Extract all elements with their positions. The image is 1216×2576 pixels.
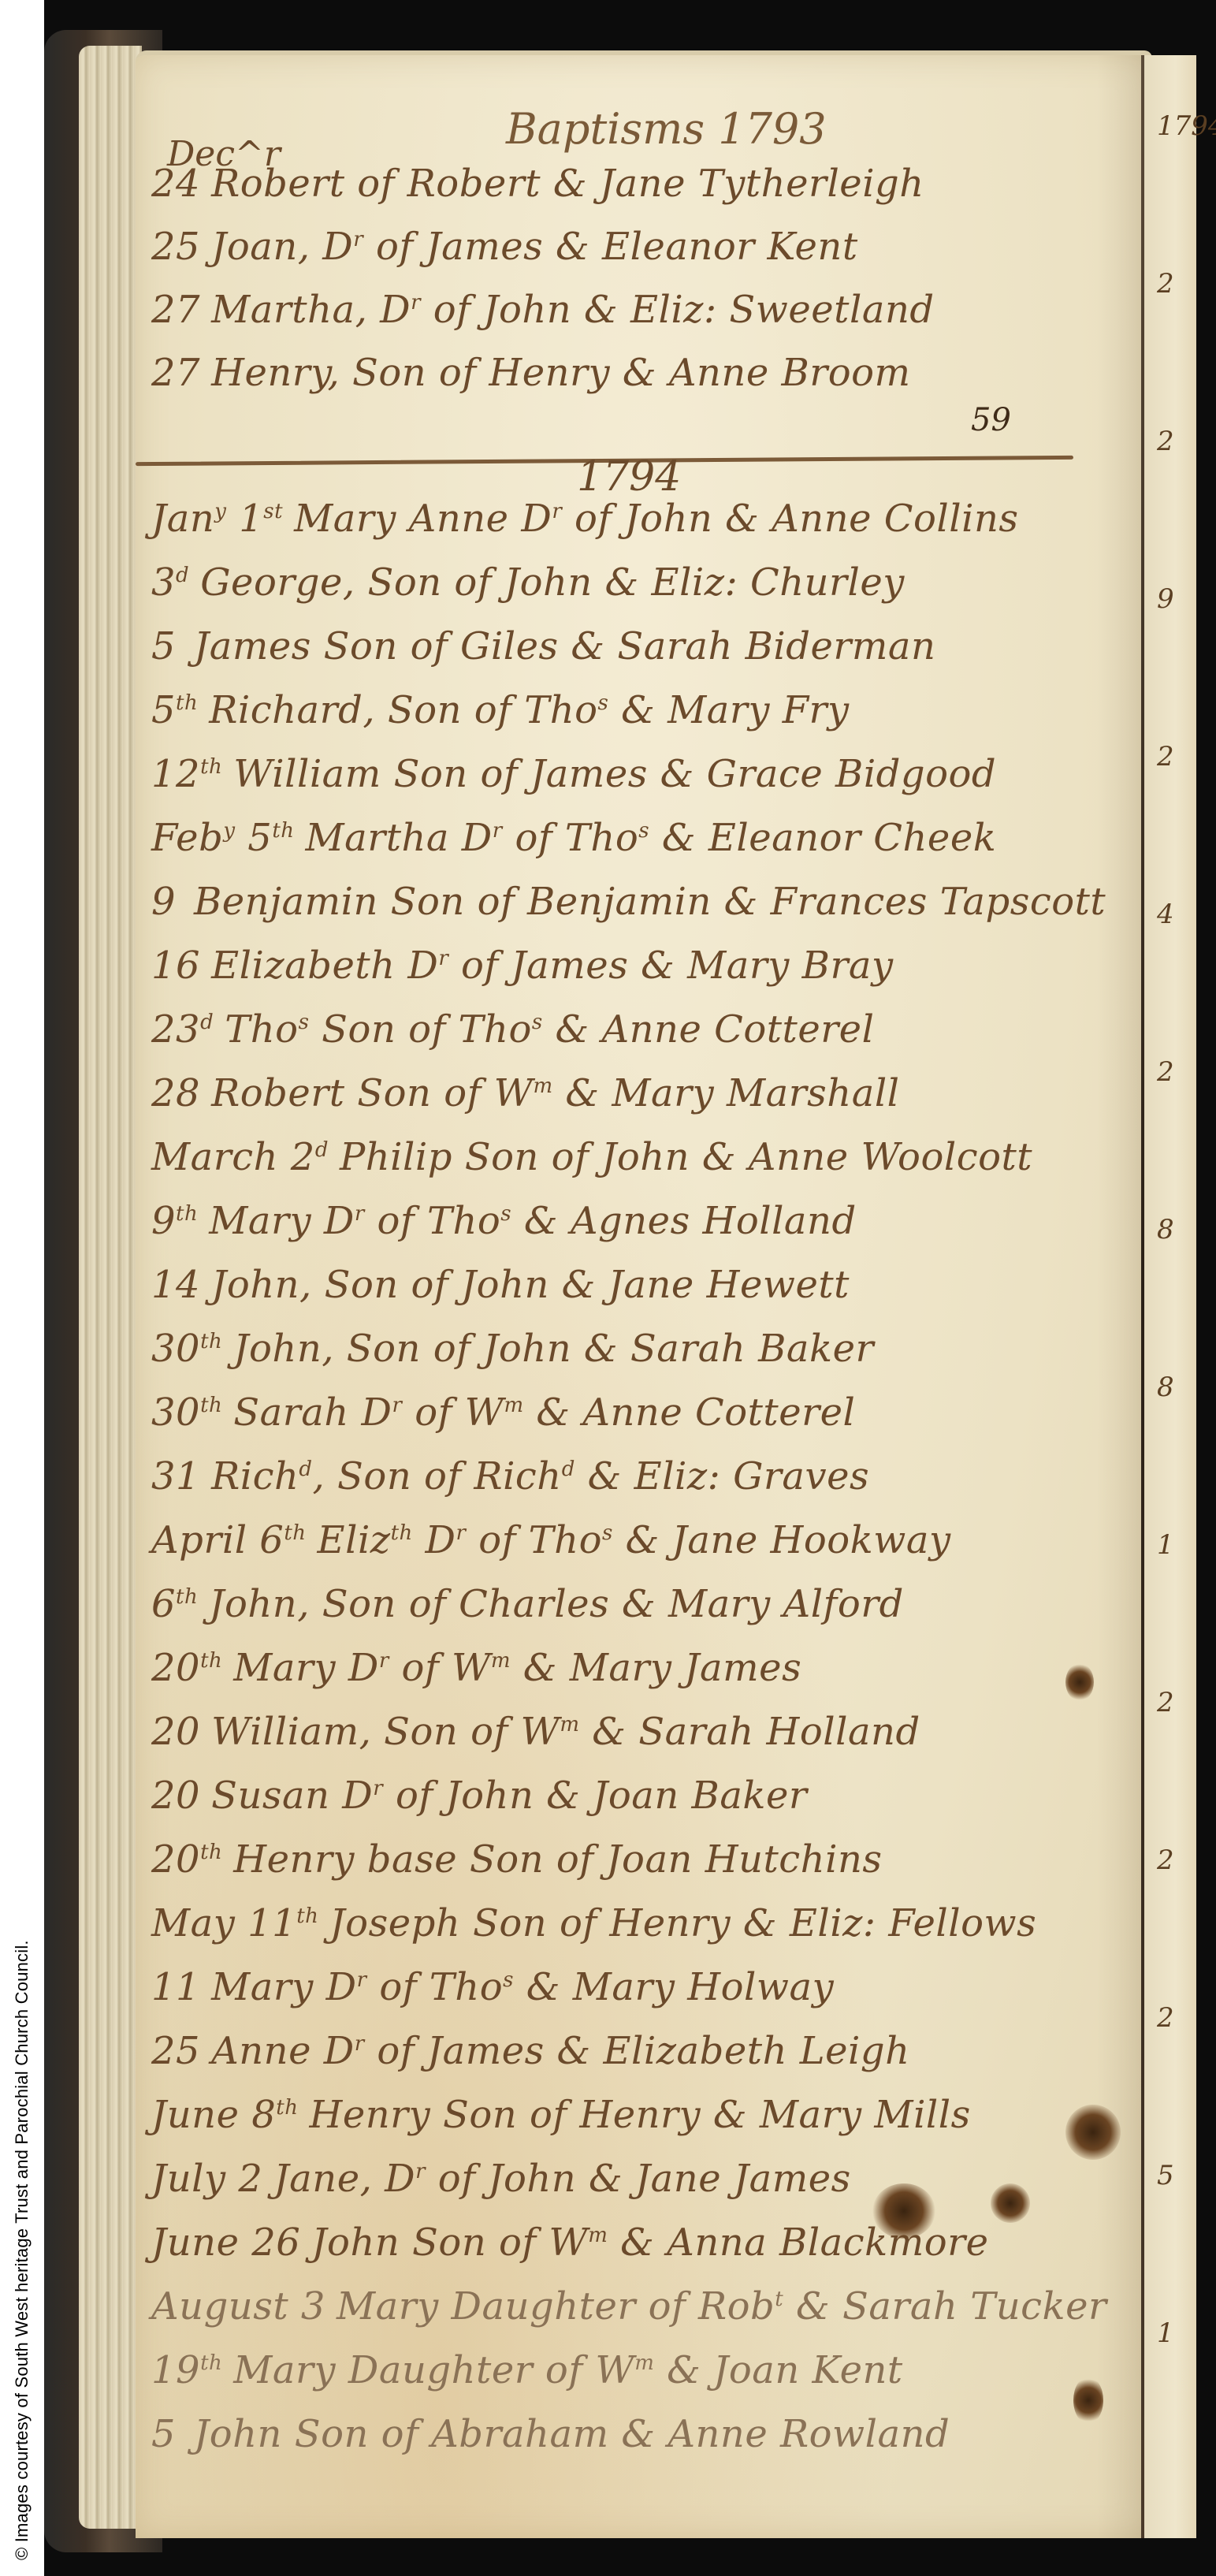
ink-blot bbox=[1073, 2377, 1103, 2424]
entry-text: Martha, Dr of John & Eliz: Sweetland bbox=[211, 288, 935, 332]
entry-text: Elizabeth Dr of James & Mary Bray bbox=[211, 944, 894, 988]
register-entry: 9thMary Dr of Thos & Agnes Holland bbox=[151, 1199, 857, 1243]
register-entry: 5thRichard, Son of Thos & Mary Fry bbox=[151, 688, 850, 732]
entry-text: Henry Son of Henry & Mary Mills bbox=[309, 2093, 970, 2137]
next-page-margin-number: 2 bbox=[1157, 2002, 1174, 2034]
entry-text: John, Son of John & Sarah Baker bbox=[233, 1327, 874, 1371]
entry-date: July 2 bbox=[151, 2157, 262, 2201]
next-page-edge: 179422924288122251 bbox=[1144, 55, 1196, 2538]
entry-date: June 26 bbox=[151, 2220, 300, 2265]
register-entry: August 3Mary Daughter of Robt & Sarah Tu… bbox=[151, 2284, 1106, 2328]
entry-date: Jany 1st bbox=[151, 497, 283, 541]
entry-text: William, Son of Wm & Sarah Holland bbox=[211, 1710, 920, 1754]
register-entry: Feby 5thMartha Dr of Thos & Eleanor Chee… bbox=[151, 816, 996, 860]
next-page-margin-number: 4 bbox=[1157, 899, 1174, 930]
ink-blot bbox=[872, 2183, 935, 2239]
entry-date: 27 bbox=[151, 288, 200, 332]
register-entry: 27Henry, Son of Henry & Anne Broom bbox=[151, 351, 911, 395]
entry-text: Mary Dr of Wm & Mary James bbox=[233, 1646, 801, 1690]
entry-text: Mary Dr of Thos & Agnes Holland bbox=[209, 1199, 856, 1243]
entry-date: 12th bbox=[151, 752, 222, 796]
entry-date: Feby 5th bbox=[151, 816, 295, 860]
page-edges bbox=[79, 46, 142, 2529]
entry-date: 20 bbox=[151, 1710, 200, 1754]
entry-date: 25 bbox=[151, 225, 200, 269]
register-entry: 25Anne Dr of James & Elizabeth Leigh bbox=[151, 2029, 910, 2073]
ink-blot bbox=[1065, 2105, 1121, 2160]
register-entry: 27Martha, Dr of John & Eliz: Sweetland bbox=[151, 288, 935, 332]
next-page-margin-number: 5 bbox=[1157, 2160, 1174, 2191]
register-entry: April 6thElizth Dr of Thos & Jane Hookwa… bbox=[151, 1518, 951, 1562]
register-entry: March 2dPhilip Son of John & Anne Woolco… bbox=[151, 1135, 1032, 1179]
register-entry: 6thJohn, Son of Charles & Mary Alford bbox=[151, 1582, 904, 1626]
next-page-margin-number: 8 bbox=[1157, 1372, 1174, 1403]
entry-text: Anne Dr of James & Elizabeth Leigh bbox=[211, 2029, 909, 2073]
next-page-margin-number: 2 bbox=[1157, 1056, 1174, 1088]
entry-text: John, Son of Charles & Mary Alford bbox=[209, 1582, 904, 1626]
entry-text: Robert Son of Wm & Mary Marshall bbox=[211, 1071, 899, 1115]
register-entry: 30thJohn, Son of John & Sarah Baker bbox=[151, 1327, 874, 1371]
register-entry: June 8thHenry Son of Henry & Mary Mills bbox=[151, 2093, 971, 2137]
entry-date: 28 bbox=[151, 1071, 200, 1115]
entry-date: 24 bbox=[151, 162, 200, 206]
register-entry: 20William, Son of Wm & Sarah Holland bbox=[151, 1710, 920, 1754]
entry-text: John Son of Abraham & Anne Rowland bbox=[194, 2412, 950, 2456]
entry-text: Mary Daughter of Wm & Joan Kent bbox=[233, 2348, 902, 2392]
entry-date: 27 bbox=[151, 351, 200, 395]
ink-blot bbox=[991, 2183, 1030, 2223]
entry-date: 9th bbox=[151, 1199, 198, 1243]
entry-text: George, Son of John & Eliz: Churley bbox=[200, 560, 905, 605]
entry-text: Philip Son of John & Anne Woolcott bbox=[340, 1135, 1032, 1179]
page-number: 59 bbox=[971, 402, 1011, 438]
next-page-margin-number: 1794 bbox=[1157, 110, 1216, 142]
register-title: Baptisms 1793 bbox=[506, 104, 827, 154]
next-page-margin-number: 2 bbox=[1157, 426, 1174, 457]
entry-date: 25 bbox=[151, 2029, 200, 2073]
next-page-margin-number: 9 bbox=[1157, 583, 1174, 615]
entry-date: 9 bbox=[151, 880, 183, 924]
next-page-margin-number: 8 bbox=[1157, 1214, 1174, 1245]
register-entry: Jany 1stMary Anne Dr of John & Anne Coll… bbox=[151, 497, 1019, 541]
entry-date: 14 bbox=[151, 1263, 200, 1307]
register-entry: 11Mary Dr of Thos & Mary Holway bbox=[151, 1965, 834, 2009]
entry-date: March 2d bbox=[151, 1135, 329, 1179]
entry-date: 23d bbox=[151, 1007, 214, 1052]
next-page-margin-number: 1 bbox=[1157, 2317, 1174, 2349]
entry-text: Benjamin Son of Benjamin & Frances Tapsc… bbox=[194, 880, 1106, 924]
register-entry: 20Susan Dr of John & Joan Baker bbox=[151, 1774, 807, 1818]
year-heading-1794: 1794 bbox=[577, 453, 681, 501]
entry-text: Susan Dr of John & Joan Baker bbox=[211, 1774, 807, 1818]
entry-text: Richard, Son of Thos & Mary Fry bbox=[209, 688, 849, 732]
register-entry: 5James Son of Giles & Sarah Biderman bbox=[151, 624, 935, 668]
credit-text: © Images courtesy of South West heritage… bbox=[12, 1940, 32, 2560]
entry-text: Joan, Dr of James & Eleanor Kent bbox=[211, 225, 858, 269]
next-page-margin-number: 2 bbox=[1157, 741, 1174, 772]
entry-date: 16 bbox=[151, 944, 200, 988]
ink-blot bbox=[1065, 1663, 1094, 1701]
entry-text: Martha Dr of Thos & Eleanor Cheek bbox=[306, 816, 997, 860]
register-entry: 28Robert Son of Wm & Mary Marshall bbox=[151, 1071, 900, 1115]
entry-text: Sarah Dr of Wm & Anne Cotterel bbox=[233, 1390, 855, 1435]
entry-text: Henry base Son of Joan Hutchins bbox=[233, 1837, 882, 1882]
next-page-margin-number: 2 bbox=[1157, 1687, 1174, 1718]
credit-strip: © Images courtesy of South West heritage… bbox=[0, 0, 44, 2576]
register-entry: May 11thJoseph Son of Henry & Eliz: Fell… bbox=[151, 1901, 1036, 1945]
entry-date: June 8th bbox=[151, 2093, 298, 2137]
entry-text: Mary Dr of Thos & Mary Holway bbox=[211, 1965, 834, 2009]
entry-date: 31 bbox=[151, 1454, 200, 1498]
entry-date: April 6th bbox=[151, 1518, 307, 1562]
register-entry: July 2Jane, Dr of John & Jane James bbox=[151, 2157, 851, 2201]
entry-text: John, Son of John & Jane Hewett bbox=[211, 1263, 850, 1307]
entry-text: William Son of James & Grace Bidgood bbox=[233, 752, 996, 796]
next-page-margin-number: 2 bbox=[1157, 268, 1174, 300]
register-entry: 20thHenry base Son of Joan Hutchins bbox=[151, 1837, 882, 1882]
register-entry: 14John, Son of John & Jane Hewett bbox=[151, 1263, 850, 1307]
register-entry: 31Richd, Son of Richd & Eliz: Graves bbox=[151, 1454, 869, 1498]
register-entry: 9Benjamin Son of Benjamin & Frances Taps… bbox=[151, 880, 1106, 924]
entry-text: Henry, Son of Henry & Anne Broom bbox=[211, 351, 910, 395]
entry-date: 20th bbox=[151, 1646, 222, 1690]
entry-date: 30th bbox=[151, 1390, 222, 1435]
register-entry: 24Robert of Robert & Jane Tytherleigh bbox=[151, 162, 924, 206]
entry-text: Jane, Dr of John & Jane James bbox=[273, 2157, 850, 2201]
entry-date: 20 bbox=[151, 1774, 200, 1818]
register-entry: 20thMary Dr of Wm & Mary James bbox=[151, 1646, 801, 1690]
next-page-margin-number: 2 bbox=[1157, 1845, 1174, 1876]
entry-text: Joseph Son of Henry & Eliz: Fellows bbox=[329, 1901, 1036, 1945]
register-entry: 25Joan, Dr of James & Eleanor Kent bbox=[151, 225, 858, 269]
register-entry: 30thSarah Dr of Wm & Anne Cotterel bbox=[151, 1390, 855, 1435]
entry-date: 5 bbox=[151, 624, 183, 668]
entry-date: 5th bbox=[151, 688, 198, 732]
entry-date: 30th bbox=[151, 1327, 222, 1371]
entry-text: Mary Anne Dr of John & Anne Collins bbox=[294, 497, 1018, 541]
entry-text: Richd, Son of Richd & Eliz: Graves bbox=[211, 1454, 869, 1498]
entry-date: 3d bbox=[151, 560, 189, 605]
entry-date: May 11th bbox=[151, 1901, 318, 1945]
register-entry: 23dThos Son of Thos & Anne Cotterel bbox=[151, 1007, 874, 1052]
next-page-margin-number: 1 bbox=[1157, 1529, 1174, 1561]
entry-text: Elizth Dr of Thos & Jane Hookway bbox=[318, 1518, 951, 1562]
register-entry: June 26John Son of Wm & Anna Blackmore bbox=[151, 2220, 989, 2265]
entry-text: James Son of Giles & Sarah Biderman bbox=[194, 624, 935, 668]
entry-text: Mary Daughter of Robt & Sarah Tucker bbox=[337, 2284, 1107, 2328]
entry-text: Robert of Robert & Jane Tytherleigh bbox=[211, 162, 924, 206]
register-entry: 16Elizabeth Dr of James & Mary Bray bbox=[151, 944, 894, 988]
register-page: Baptisms 1793 Dec^r 24Robert of Robert &… bbox=[136, 50, 1152, 2538]
entry-date: 6th bbox=[151, 1582, 198, 1626]
entry-date: 5 bbox=[151, 2412, 183, 2456]
entry-date: 20th bbox=[151, 1837, 222, 1882]
register-entry: 12thWilliam Son of James & Grace Bidgood bbox=[151, 752, 996, 796]
register-entry: 3dGeorge, Son of John & Eliz: Churley bbox=[151, 560, 905, 605]
entry-date: 19th bbox=[151, 2348, 222, 2392]
entry-date: August 3 bbox=[151, 2284, 325, 2328]
register-entry: 19thMary Daughter of Wm & Joan Kent bbox=[151, 2348, 903, 2392]
entry-text: Thos Son of Thos & Anne Cotterel bbox=[225, 1007, 874, 1052]
register-entry: 5John Son of Abraham & Anne Rowland bbox=[151, 2412, 950, 2456]
entry-date: 11 bbox=[151, 1965, 200, 2009]
